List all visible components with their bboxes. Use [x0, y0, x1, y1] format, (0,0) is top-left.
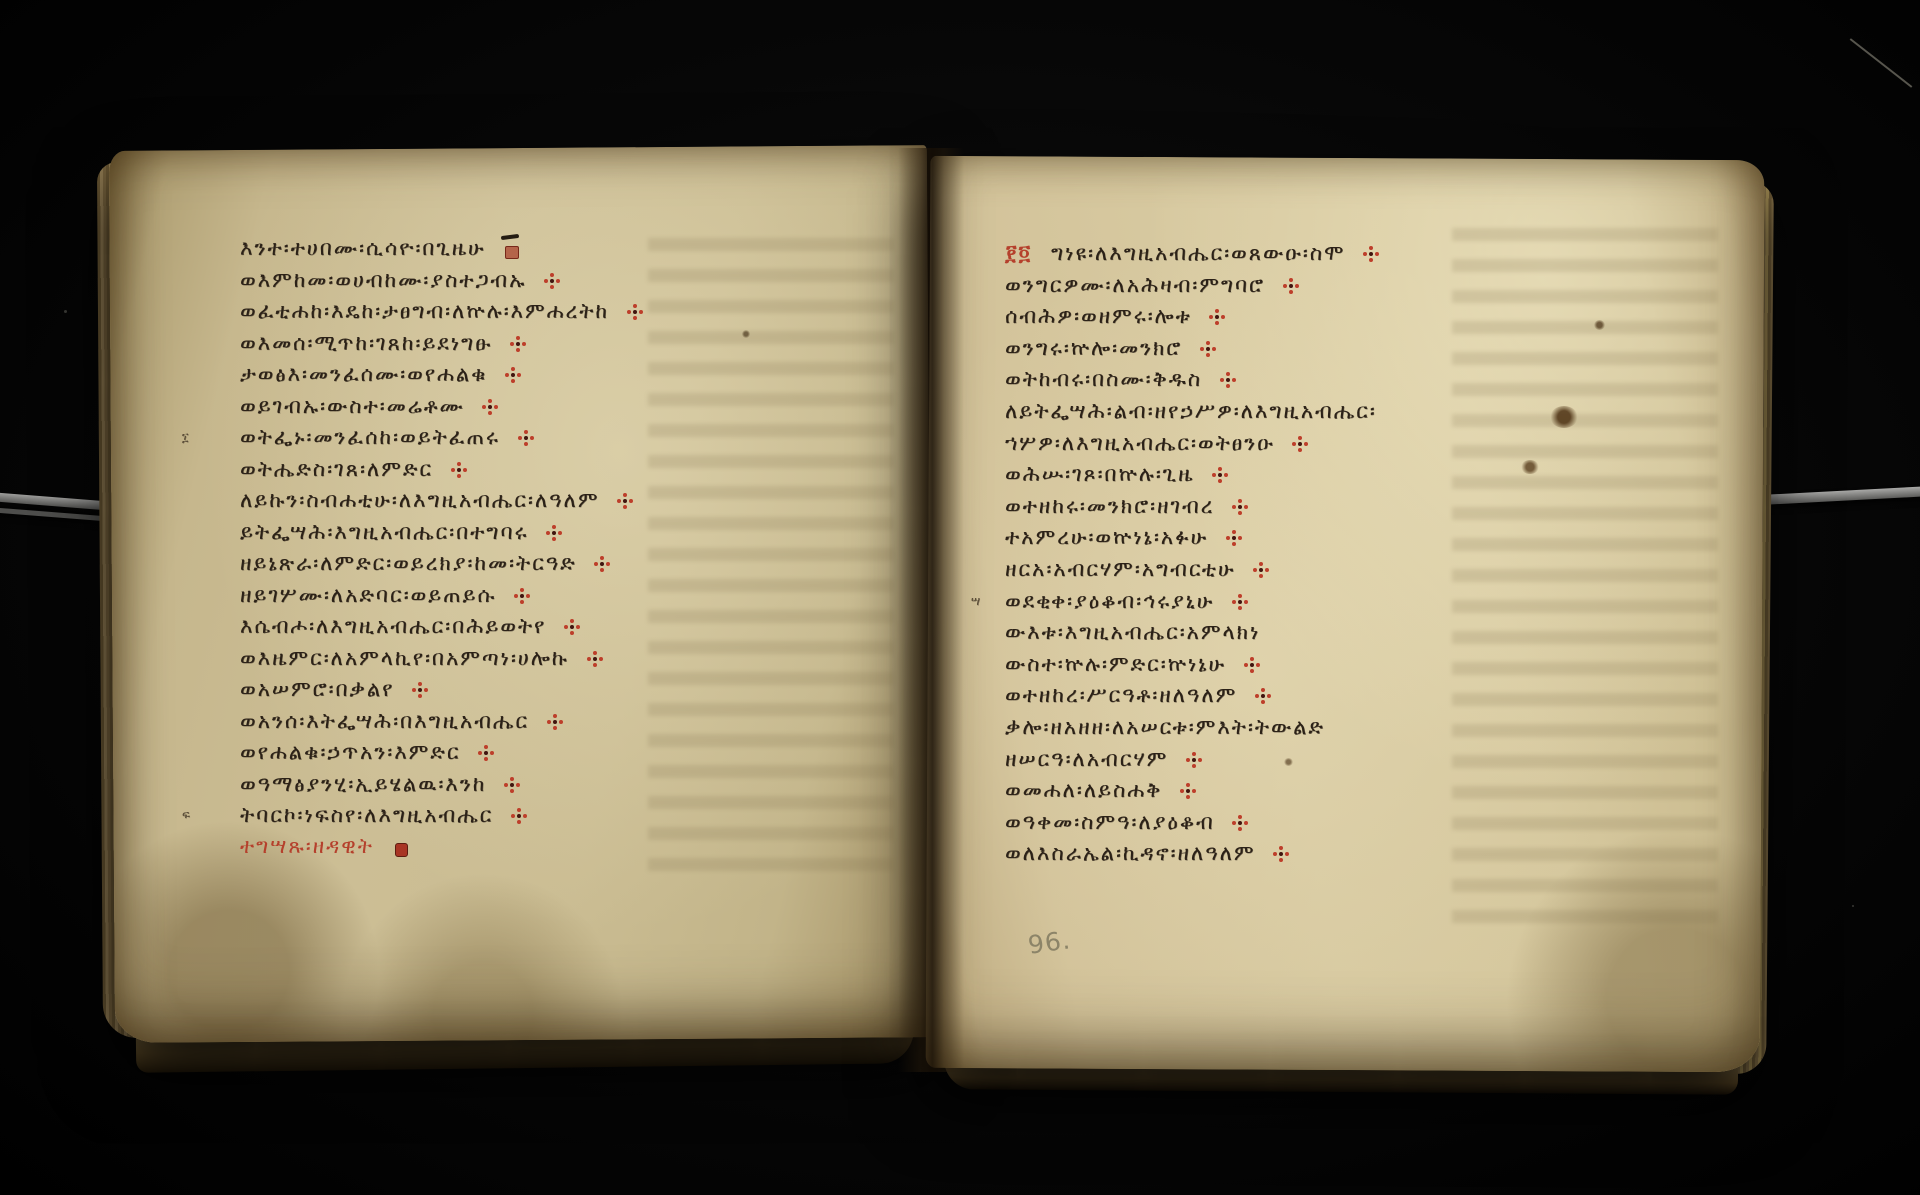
line-text: ውስተ፡ኵሉ፡ምድር፡ኵነኔሁ [1005, 652, 1226, 676]
line-end-mark-icon [1186, 752, 1202, 768]
line-end-mark-icon [1180, 783, 1196, 799]
line-text: ኀሦዎ፡ለእግዚአብሔር፡ወትፀንዑ [1005, 431, 1275, 455]
line-text: ውእቱ፡እግዚአብሔር፡አምላክነ [1005, 620, 1260, 644]
margin-note: ሣ [971, 594, 980, 609]
manuscript-line: ታወፅእ፡መንፈሰሙ፡ወየሐልቁ [240, 362, 643, 394]
line-end-mark-icon [503, 241, 519, 257]
line-text: እሴብሖ፡ለእግዚአብሔር፡በሕይወትየ [240, 614, 546, 638]
line-end-mark-icon [1292, 436, 1308, 452]
line-text: ዘርአ፡አብርሃም፡አግብርቲሁ [1005, 557, 1235, 581]
manuscript-line: ፲ ወትፌኑ፡መንፈሰከ፡ወይትፈጠሩ [240, 425, 643, 457]
line-end-mark-icon [511, 808, 527, 824]
line-text: ወትከብሩ፡በስሙ፡ቅዱስ [1005, 367, 1202, 391]
line-text: ወለእስራኤል፡ኪዳኖ፡ዘለዓለም [1005, 841, 1256, 865]
line-end-mark-icon [451, 462, 467, 478]
line-end-mark-icon [510, 336, 526, 352]
dust-fiber [1850, 38, 1913, 88]
line-text: እንተ፡ተሀበሙ፡ሲሳዮ፡በጊዜሁ [240, 236, 486, 260]
line-end-mark-icon [594, 556, 610, 572]
manuscript-line: ዘርአ፡አብርሃም፡አግብርቲሁ [1005, 557, 1379, 589]
manuscript-line: ሰብሕዎ፡ወዘምሩ፡ሎቱ [1005, 304, 1379, 336]
line-text: ግነዩ፡ለእግዚአብሔር፡ወጸውዑ፡ስሞ [1051, 241, 1345, 265]
line-end-mark-icon [1232, 815, 1248, 831]
rubric-text: ተግሣጹ፡ዘዳዊት [240, 834, 374, 858]
line-end-mark-icon [1220, 372, 1236, 388]
line-end-mark-icon [482, 399, 498, 415]
manuscript-line: ቃሎ፡ዘአዘዘ፡ለአሠርቱ፡ምእት፡ትውልድ [1005, 715, 1379, 747]
line-end-mark-icon [546, 525, 562, 541]
line-end-mark-icon [1232, 594, 1248, 610]
line-end-mark-icon [1273, 846, 1289, 862]
line-end-mark-icon [627, 304, 643, 320]
line-end-mark-icon [505, 367, 521, 383]
line-end-mark-icon [1255, 688, 1271, 704]
line-text: ወደቂቀ፡ያዕቆብ፡ኅሩያኒሁ [1005, 589, 1214, 613]
line-end-mark-icon [1209, 309, 1225, 325]
manuscript-line: ወይገብኡ፡ውስተ፡መሬቶሙ [240, 394, 643, 426]
line-text: ወእምከመ፡ወሀብከሙ፡ያስተጋብኡ [240, 268, 526, 292]
line-text: ወእመሰ፡ሚጥከ፡ገጸከ፡ይደነግፁ [240, 331, 492, 355]
line-text: ወተዘከሩ፡መንክሮ፡ዘገብረ [1005, 494, 1214, 518]
line-text: ወአሠምሮ፡በቃልየ [240, 677, 394, 701]
parchment-stain [1550, 406, 1578, 428]
manuscript-line: ዘይኔጽራ፡ለምድር፡ወይረክያ፡ከመ፡ትርዓድ [240, 551, 643, 583]
manuscript-line: ተአምረሁ፡ወኵነኔ፡አፉሁ [1005, 525, 1379, 557]
parchment-stain [1521, 460, 1539, 474]
line-text: ዘይኔጽራ፡ለምድር፡ወይረክያ፡ከመ፡ትርዓድ [240, 551, 577, 575]
manuscript-line: ወአሠምሮ፡በቃልየ [240, 677, 643, 709]
line-end-mark-icon [617, 493, 633, 509]
line-end-mark-icon [1226, 530, 1242, 546]
line-end-mark-icon [544, 273, 560, 289]
manuscript-line: ዘሠርዓ፡ለአብርሃም [1005, 747, 1379, 779]
line-text: ለይትፌሣሕ፡ልብ፡ዘየኃሥዎ፡ለእግዚአብሔር፡ [1005, 399, 1377, 423]
line-text: ወንግሩ፡ኵሎ፡መንክሮ [1005, 336, 1182, 360]
manuscript-line: እንተ፡ተሀበሙ፡ሲሳዮ፡በጊዜሁ [240, 236, 643, 268]
manuscript-line: ዘይገሦሙ፡ለአድባር፡ወይጠይሱ [240, 583, 643, 615]
line-end-mark-icon [1232, 499, 1248, 515]
line-end-mark-icon [478, 745, 494, 761]
manuscript-line: ኀሦዎ፡ለእግዚአብሔር፡ወትፀንዑ [1005, 431, 1379, 463]
line-text: ዘይገሦሙ፡ለአድባር፡ወይጠይሱ [240, 583, 496, 607]
line-end-mark-icon [1283, 278, 1299, 294]
line-text: ወይገብኡ፡ውስተ፡መሬቶሙ [240, 394, 465, 418]
rubric-end-mark-icon [392, 839, 408, 855]
line-text: ወንግርዎሙ፡ለአሕዛብ፡ምግባሮ [1005, 273, 1265, 297]
dust-speck [1852, 905, 1854, 907]
line-end-mark-icon [1253, 562, 1269, 578]
manuscript-line: ወእዜምር፡ለአምላኪየ፡በአምጣነ፡ሀሎኩ [240, 646, 643, 678]
line-text: ትባርኮ፡ነፍስየ፡ለእግዚአብሔር [240, 803, 493, 827]
left-page-bleedthrough [648, 238, 894, 878]
manuscript-line: ወየሐልቁ፡ኃጥአን፡እምድር [240, 740, 643, 772]
manuscript-line: ወሕሡ፡ገጾ፡በኵሉ፡ጊዜ [1005, 462, 1379, 494]
manuscript-line: ሣ ወደቂቀ፡ያዕቆብ፡ኅሩያኒሁ [1005, 589, 1379, 621]
manuscript-line: ወመሐለ፡ለይስሐቅ [1005, 778, 1379, 810]
line-text: ወትፌኑ፡መንፈሰከ፡ወይትፈጠሩ [240, 425, 500, 449]
manuscript-line: ይትፌሣሕ፡እግዚአብሔር፡በተግባሩ [240, 520, 643, 552]
book-gutter [898, 148, 964, 1072]
manuscript-line: ወዓቀመ፡ስምዓ፡ለያዕቆብ [1005, 810, 1379, 842]
line-text: ወየሐልቁ፡ኃጥአን፡እምድር [240, 740, 460, 764]
line-text: ዘሠርዓ፡ለአብርሃም [1005, 747, 1168, 771]
line-text: ወፈቲሐከ፡እዴከ፡ታፀግብ፡ለኵሉ፡እምሐረትከ [240, 299, 609, 323]
line-end-mark-icon [518, 430, 534, 446]
margin-note: ፲ [182, 430, 188, 445]
line-text: ወአንሰ፡እትፌሣሕ፡በእግዚአብሔር [240, 709, 529, 733]
manuscript-line: እሴብሖ፡ለእግዚአብሔር፡በሕይወትየ [240, 614, 643, 646]
manuscript-line: ፍ ትባርኮ፡ነፍስየ፡ለእግዚአብሔር [240, 803, 643, 835]
manuscript-line: ወትሔድስ፡ገጸ፡ለምድር [240, 457, 643, 489]
manuscript-line: ወትከብሩ፡በስሙ፡ቅዱስ [1005, 367, 1379, 399]
line-end-mark-icon [504, 777, 520, 793]
manuscript-line: ወፈቲሐከ፡እዴከ፡ታፀግብ፡ለኵሉ፡እምሐረትከ [240, 299, 643, 331]
manuscript-line: ለይኩን፡ስብሐቲሁ፡ለእግዚአብሔር፡ለዓለም [240, 488, 643, 520]
line-text: ለይኩን፡ስብሐቲሁ፡ለእግዚአብሔር፡ለዓለም [240, 488, 599, 512]
line-text: ቃሎ፡ዘአዘዘ፡ለአሠርቱ፡ምእት፡ትውልድ [1005, 715, 1325, 739]
folio-number-pencil: 96. [1026, 925, 1072, 960]
psalm-number: ፻፬ [1005, 241, 1032, 265]
parchment-stain [742, 330, 750, 338]
line-text: ተአምረሁ፡ወኵነኔ፡አፉሁ [1005, 525, 1208, 549]
line-end-mark-icon [547, 714, 563, 730]
line-end-mark-icon [412, 682, 428, 698]
line-end-mark-icon [1200, 341, 1216, 357]
line-text: ሰብሕዎ፡ወዘምሩ፡ሎቱ [1005, 304, 1192, 328]
right-page-text-column: ፻፬ ግነዩ፡ለእግዚአብሔር፡ወጸውዑ፡ስሞ ወንግርዎሙ፡ለአሕዛብ፡ምግባ… [1005, 241, 1379, 873]
dust-speck [64, 310, 67, 313]
line-text: ወተዘከረ፡ሥርዓቶ፡ዘለዓለም [1005, 683, 1237, 707]
line-end-mark-icon [1363, 246, 1379, 262]
left-page-text-column: እንተ፡ተሀበሙ፡ሲሳዮ፡በጊዜሁ ወእምከመ፡ወሀብከሙ፡ያስተጋብኡ ወፈቲ… [240, 236, 643, 835]
line-text: ይትፌሣሕ፡እግዚአብሔር፡በተግባሩ [240, 520, 528, 544]
manuscript-line: ወአንሰ፡እትፌሣሕ፡በእግዚአብሔር [240, 709, 643, 741]
manuscript-line: ወእመሰ፡ሚጥከ፡ገጸከ፡ይደነግፁ [240, 331, 643, 363]
manuscript-line: ፻፬ ግነዩ፡ለእግዚአብሔር፡ወጸውዑ፡ስሞ [1005, 241, 1379, 273]
line-text: ወትሔድስ፡ገጸ፡ለምድር [240, 457, 433, 481]
line-end-mark-icon [564, 619, 580, 635]
manuscript-line: ወዓማፅያንሂ፡ኢይሄልዉ፡እንከ [240, 772, 643, 804]
manuscript-line: ለይትፌሣሕ፡ልብ፡ዘየኃሥዎ፡ለእግዚአብሔር፡ [1005, 399, 1379, 431]
line-end-mark-icon [1212, 467, 1228, 483]
manuscript-line: ውስተ፡ኵሉ፡ምድር፡ኵነኔሁ [1005, 652, 1379, 684]
line-text: ወዓቀመ፡ስምዓ፡ለያዕቆብ [1005, 810, 1215, 834]
manuscript-line: ወለእስራኤል፡ኪዳኖ፡ዘለዓለም [1005, 841, 1379, 873]
line-text: ታወፅእ፡መንፈሰሙ፡ወየሐልቁ [240, 362, 487, 386]
line-end-mark-icon [1244, 657, 1260, 673]
parchment-stain [1594, 320, 1605, 330]
line-text: ወእዜምር፡ለአምላኪየ፡በአምጣነ፡ሀሎኩ [240, 646, 569, 670]
manuscript-line: ውእቱ፡እግዚአብሔር፡አምላክነ [1005, 620, 1379, 652]
manuscript-line: ወተዘከረ፡ሥርዓቶ፡ዘለዓለም [1005, 683, 1379, 715]
manuscript-line: ወተዘከሩ፡መንክሮ፡ዘገብረ [1005, 494, 1379, 526]
line-text: ወመሐለ፡ለይስሐቅ [1005, 778, 1162, 802]
line-text: ወሕሡ፡ገጾ፡በኵሉ፡ጊዜ [1005, 462, 1194, 486]
margin-note: ፍ [182, 808, 190, 823]
photo-canvas: እንተ፡ተሀበሙ፡ሲሳዮ፡በጊዜሁ ወእምከመ፡ወሀብከሙ፡ያስተጋብኡ ወፈቲ… [0, 0, 1920, 1195]
manuscript-line: ወንግሩ፡ኵሎ፡መንክሮ [1005, 336, 1379, 368]
line-end-mark-icon [514, 588, 530, 604]
right-page-bleedthrough [1452, 228, 1718, 928]
line-end-mark-icon [587, 651, 603, 667]
manuscript-line: ወእምከመ፡ወሀብከሙ፡ያስተጋብኡ [240, 268, 643, 300]
rubric-line: ተግሣጹ፡ዘዳዊት [240, 834, 408, 859]
manuscript-line: ወንግርዎሙ፡ለአሕዛብ፡ምግባሮ [1005, 273, 1379, 305]
line-text: ወዓማፅያንሂ፡ኢይሄልዉ፡እንከ [240, 772, 486, 796]
